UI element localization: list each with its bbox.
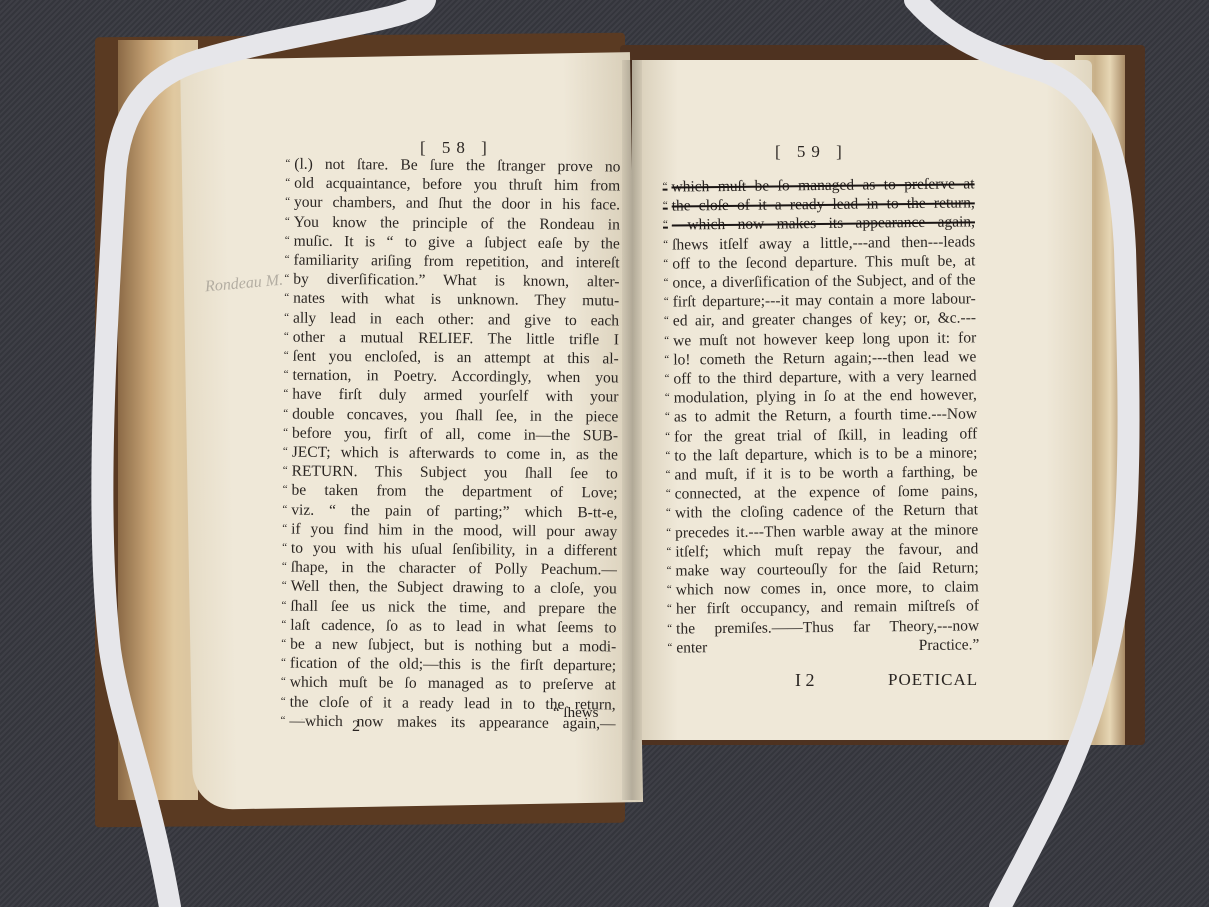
cord-weight-right xyxy=(915,0,1129,907)
cord-weight-left xyxy=(102,0,425,907)
book-weights xyxy=(0,0,1209,907)
open-book: Rondeau M. [ 58 ] “(l.) not ſtare. Be ſu… xyxy=(0,0,1209,907)
